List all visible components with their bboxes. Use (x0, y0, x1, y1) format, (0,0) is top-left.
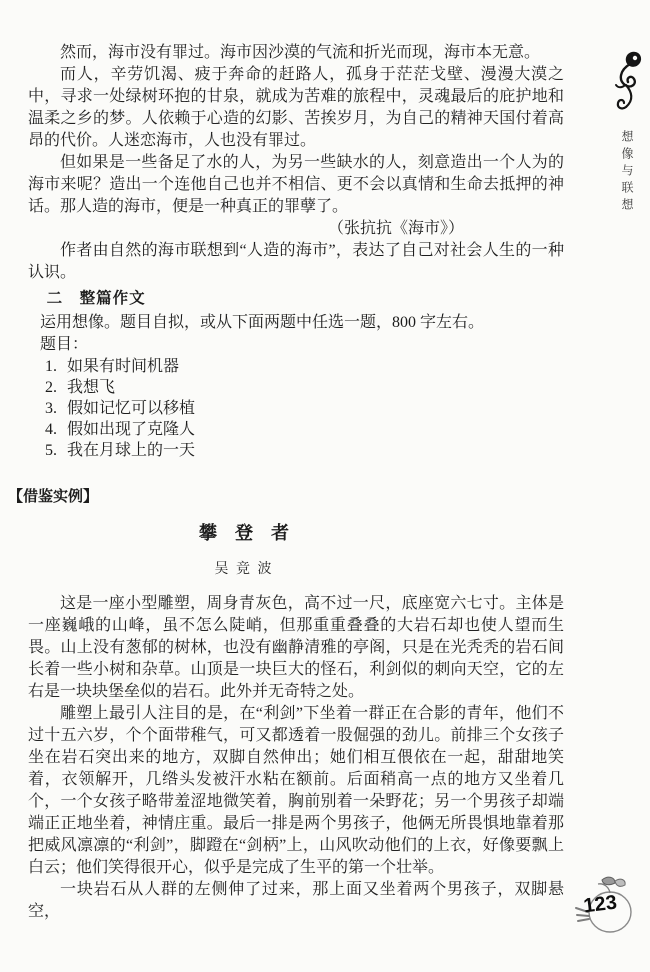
list-item-number: 5. (45, 440, 67, 461)
list-item: 2.我想飞 (45, 377, 564, 398)
essay-paragraph: 一块岩石从人群的左侧伸了过来，那上面又坐着两个男孩子，双脚悬空， (28, 879, 564, 923)
list-item-text: 假如出现了克隆人 (67, 421, 195, 438)
topic-list: 1.如果有时间机器 2.我想飞 3.假如记忆可以移植 4.假如出现了克隆人 5.… (28, 356, 564, 461)
essay-body: 这是一座小型雕塑，周身青灰色，高不过一尺，底座宽六七寸。主体是一座巍峨的山峰，虽… (28, 593, 564, 923)
page-number-ornament: 123 (562, 868, 646, 942)
excerpt-attribution: （张抗抗《海市》） (28, 218, 564, 240)
essay-title-block: 攀 登 者 吴 竞 波 (28, 521, 460, 579)
list-item: 4.假如出现了克隆人 (45, 419, 564, 440)
list-item-number: 4. (45, 419, 67, 440)
excerpt-paragraph: 但如果是一些备足了水的人，为另一些缺水的人，刻意造出一个人为的海市来呢？造出一个… (28, 152, 564, 218)
list-item: 5.我在月球上的一天 (45, 440, 564, 461)
list-item-text: 如果有时间机器 (67, 358, 179, 375)
list-item: 1.如果有时间机器 (45, 356, 564, 377)
list-item-number: 1. (45, 356, 67, 377)
text-column: 然而，海市没有罪过。海市因沙漠的气流和折光而现，海市本无意。 而人，辛劳饥渴、疲… (28, 42, 564, 923)
page-number: 123 (582, 891, 618, 917)
chapter-margin-label: 想像与联想 (619, 130, 636, 215)
example-section-label: 【借鉴实例】 (8, 487, 564, 507)
topic-list-label: 题目： (28, 334, 564, 356)
list-item-text: 我想飞 (67, 379, 115, 396)
essay-title: 攀 登 者 (28, 521, 460, 545)
section-heading: 二 整篇作文 (28, 286, 564, 312)
essay-paragraph: 这是一座小型雕塑，周身青灰色，高不过一尺，底座宽六七寸。主体是一座巍峨的山峰，虽… (28, 593, 564, 703)
excerpt-paragraph: 而人，辛劳饥渴、疲于奔命的赶路人，孤身于茫茫戈壁、漫漫大漠之中，寻求一处绿树环抱… (28, 64, 564, 152)
list-item-number: 2. (45, 377, 67, 398)
floral-swirl-icon (612, 50, 646, 112)
book-page: 然而，海市没有罪过。海市因沙漠的气流和折光而现，海市本无意。 而人，辛劳饥渴、疲… (0, 0, 650, 972)
list-item: 3.假如记忆可以移植 (45, 398, 564, 419)
essay-paragraph: 雕塑上最引人注目的是，在“利剑”下坐着一群正在合影的青年，他们不过十五六岁，个个… (28, 703, 564, 879)
list-item-number: 3. (45, 398, 67, 419)
excerpt-paragraph: 然而，海市没有罪过。海市因沙漠的气流和折光而现，海市本无意。 (28, 42, 564, 64)
assignment-instruction: 运用想像。题目自拟，或从下面两题中任选一题，800 字左右。 (28, 312, 564, 334)
list-item-text: 我在月球上的一天 (67, 442, 195, 459)
essay-author: 吴 竞 波 (28, 561, 460, 579)
commentary-paragraph: 作者由自然的海市联想到“人造的海市”，表达了自己对社会人生的一种认识。 (28, 240, 564, 284)
list-item-text: 假如记忆可以移植 (67, 400, 195, 417)
